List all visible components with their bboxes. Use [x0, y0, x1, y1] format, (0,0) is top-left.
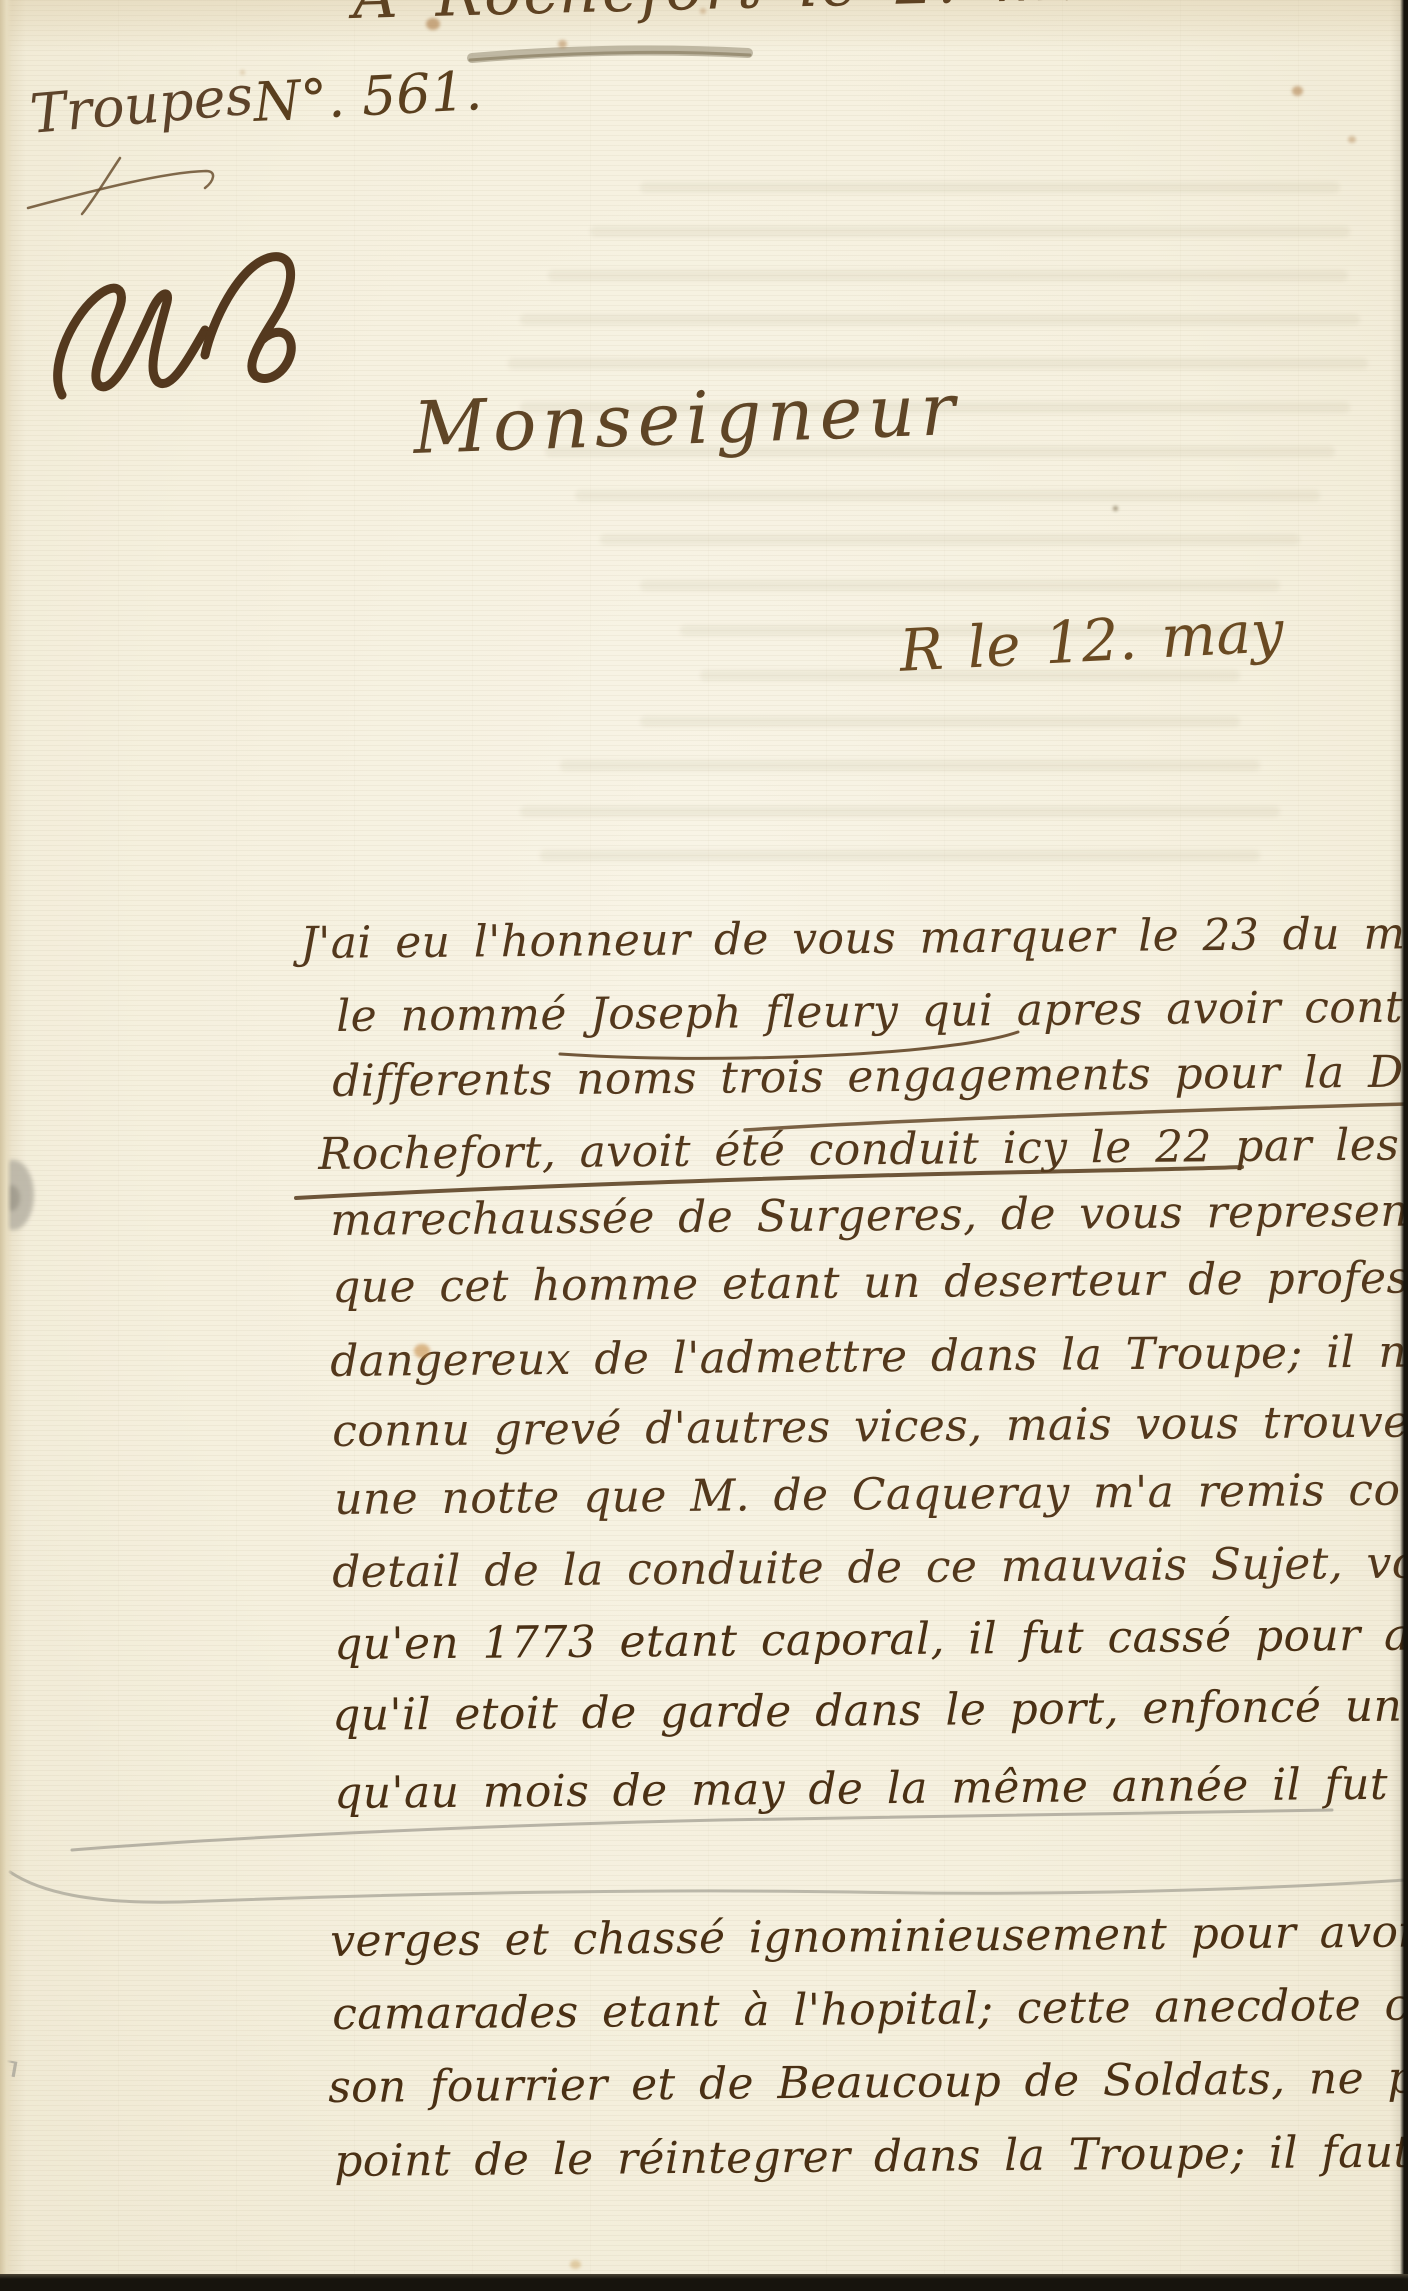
pencil-squiggle [72, 1810, 1332, 1850]
troupes-flourish [28, 171, 213, 208]
monogram-paraph [58, 257, 292, 395]
fox-spot [1292, 86, 1303, 96]
ink-marks-overlay [0, 0, 1408, 2291]
fox-spot [700, 8, 706, 14]
fox-spot [558, 40, 567, 48]
scan-edge-left [0, 0, 12, 2291]
pencil-squiggle [10, 1872, 1405, 1902]
scan-edge-bottom [0, 2274, 1408, 2291]
fox-spot [426, 18, 440, 30]
joseph-fleury-underline [560, 1032, 1018, 1058]
division-underline [745, 1104, 1408, 1130]
fox-spot [240, 70, 245, 75]
fox-spot [414, 1344, 430, 1358]
letter-page: A Rochefort le 2. mai 177. Troupes N°. 5… [0, 0, 1408, 2291]
rochefort-underline [296, 1167, 1242, 1198]
scan-edge-right [1400, 0, 1408, 2291]
fox-spot [1348, 136, 1356, 143]
fox-spot [570, 2260, 581, 2269]
fox-spot [1113, 506, 1118, 511]
